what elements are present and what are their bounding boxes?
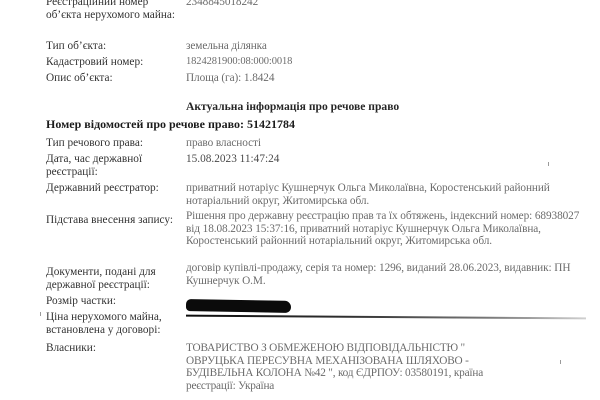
documents-value: договір купівлі-продажу, серія та номер:… <box>186 262 581 287</box>
registrar-value: приватний нотаріус Кушнерчук Ольга Микол… <box>186 182 581 207</box>
description-value: Площа (га): 1.8424 <box>186 72 581 85</box>
right-type-label: Тип речового права: <box>46 137 181 150</box>
registration-datetime-label: Дата, час державної реєстрації: <box>46 153 181 178</box>
share-label: Розмір частки: <box>46 295 181 308</box>
pen-stroke-line <box>186 315 586 319</box>
documents-label: Документи, подані для державної реєстрац… <box>46 266 181 291</box>
section-heading: Актуальна інформація про речове право <box>186 100 399 113</box>
registration-datetime-value: 15.08.2023 11:47:24 <box>186 153 581 166</box>
price-label: Ціна нерухомого майна, встановлена у дог… <box>46 311 181 336</box>
description-label: Опис об’єкта: <box>46 72 181 85</box>
registrar-label: Державний реєстратор: <box>46 182 181 195</box>
owners-value: ТОВАРИСТВО З ОБМЕЖЕНОЮ ВІДПОВІДАЛЬНІСТЮ … <box>186 342 516 392</box>
cadastral-number-label: Кадастровий номер: <box>46 56 181 69</box>
right-type-value: право власності <box>186 137 581 150</box>
price-redaction-mark <box>186 299 291 313</box>
basis-label: Підстава внесення запису: <box>46 214 181 227</box>
scan-speck <box>40 312 41 316</box>
registration-number-value: 2348845018242 <box>186 0 581 9</box>
cadastral-number-value: 1824281900:08:000:0018 <box>186 56 581 69</box>
object-type-label: Тип об’єкта: <box>46 40 181 53</box>
scan-speck <box>560 360 561 364</box>
record-number-heading: Номер відомостей про речове право: 51421… <box>46 117 295 132</box>
registration-number-label: Реєстраційний номер об’єкта нерухомого м… <box>46 0 181 21</box>
basis-value: Рішення про державну реєстрацію прав та … <box>186 210 581 248</box>
owners-label: Власники: <box>46 342 181 355</box>
object-type-value: земельна ділянка <box>186 40 581 53</box>
scan-speck <box>548 162 549 166</box>
